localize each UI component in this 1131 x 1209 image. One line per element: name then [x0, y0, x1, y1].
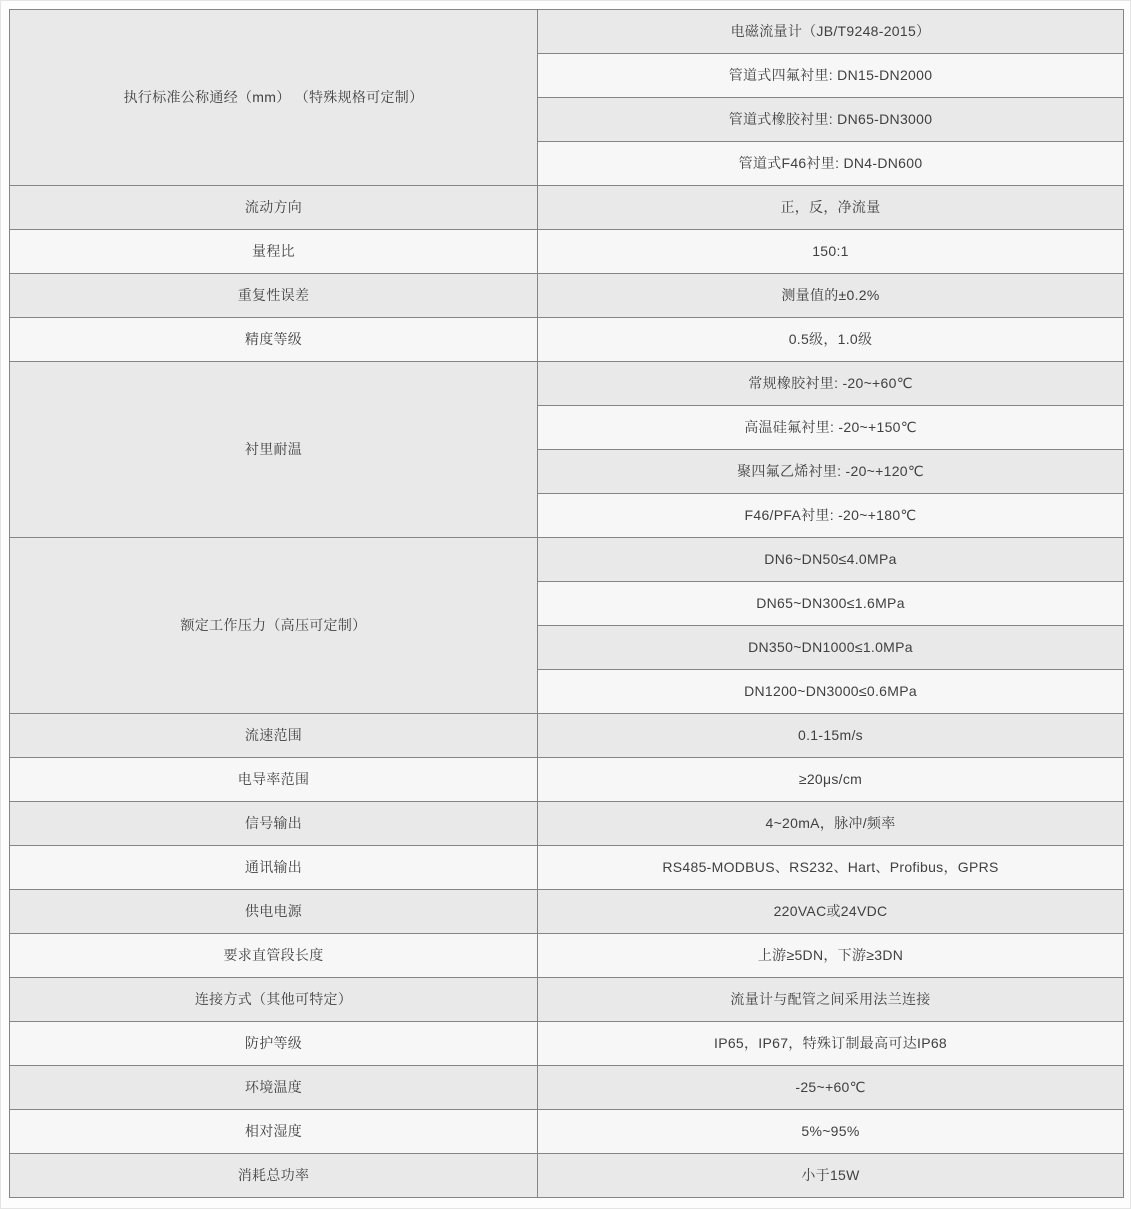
spec-label-liner-temperature: 衬里耐温: [10, 362, 538, 538]
spec-label-turndown-ratio: 量程比: [10, 230, 538, 274]
table-row: 执行标准公称通经（mm） （特殊规格可定制） 电磁流量计（JB/T9248-20…: [10, 10, 1124, 54]
spec-label-connection-type: 连接方式（其他可特定）: [10, 978, 538, 1022]
table-row: 电导率范围 ≥20μs/cm: [10, 758, 1124, 802]
spec-value: 管道式F46衬里: DN4-DN600: [538, 142, 1124, 186]
spec-label-protection-rating: 防护等级: [10, 1022, 538, 1066]
table-row: 精度等级 0.5级，1.0级: [10, 318, 1124, 362]
table-row: 相对湿度 5%~95%: [10, 1110, 1124, 1154]
spec-value: 5%~95%: [538, 1110, 1124, 1154]
spec-value: 高温硅氟衬里: -20~+150℃: [538, 406, 1124, 450]
table-row: 环境温度 -25~+60℃: [10, 1066, 1124, 1110]
spec-label-repeatability: 重复性误差: [10, 274, 538, 318]
spec-value: 管道式橡胶衬里: DN65-DN3000: [538, 98, 1124, 142]
table-row: 连接方式（其他可特定） 流量计与配管之间采用法兰连接: [10, 978, 1124, 1022]
table-row: 防护等级 IP65，IP67，特殊订制最高可达IP68: [10, 1022, 1124, 1066]
spec-value: 流量计与配管之间采用法兰连接: [538, 978, 1124, 1022]
table-row: 衬里耐温 常规橡胶衬里: -20~+60℃: [10, 362, 1124, 406]
spec-value: ≥20μs/cm: [538, 758, 1124, 802]
spec-value: RS485-MODBUS、RS232、Hart、Profibus，GPRS: [538, 846, 1124, 890]
spec-value: 电磁流量计（JB/T9248-2015）: [538, 10, 1124, 54]
spec-value: 常规橡胶衬里: -20~+60℃: [538, 362, 1124, 406]
spec-value: 220VAC或24VDC: [538, 890, 1124, 934]
spec-label-nominal-diameter: 执行标准公称通经（mm） （特殊规格可定制）: [10, 10, 538, 186]
spec-value: 上游≥5DN，下游≥3DN: [538, 934, 1124, 978]
spec-label-ambient-temperature: 环境温度: [10, 1066, 538, 1110]
spec-value: 正，反，净流量: [538, 186, 1124, 230]
spec-value: DN65~DN300≤1.6MPa: [538, 582, 1124, 626]
spec-value: -25~+60℃: [538, 1066, 1124, 1110]
spec-label-rated-pressure: 额定工作压力（高压可定制）: [10, 538, 538, 714]
spec-value: 测量值的±0.2%: [538, 274, 1124, 318]
spec-value: DN6~DN50≤4.0MPa: [538, 538, 1124, 582]
spec-value: 4~20mA，脉冲/频率: [538, 802, 1124, 846]
spec-value: 150:1: [538, 230, 1124, 274]
spec-value: IP65，IP67，特殊订制最高可达IP68: [538, 1022, 1124, 1066]
spec-label-accuracy-class: 精度等级: [10, 318, 538, 362]
spec-value: 聚四氟乙烯衬里: -20~+120℃: [538, 450, 1124, 494]
table-row: 供电电源 220VAC或24VDC: [10, 890, 1124, 934]
table-row: 要求直管段长度 上游≥5DN，下游≥3DN: [10, 934, 1124, 978]
spec-label-conductivity-range: 电导率范围: [10, 758, 538, 802]
spec-label-relative-humidity: 相对湿度: [10, 1110, 538, 1154]
spec-value: DN1200~DN3000≤0.6MPa: [538, 670, 1124, 714]
table-row: 通讯输出 RS485-MODBUS、RS232、Hart、Profibus，GP…: [10, 846, 1124, 890]
table-row: 量程比 150:1: [10, 230, 1124, 274]
spec-value: 0.5级，1.0级: [538, 318, 1124, 362]
table-row: 流速范围 0.1-15m/s: [10, 714, 1124, 758]
spec-value: 管道式四氟衬里: DN15-DN2000: [538, 54, 1124, 98]
spec-label-power-supply: 供电电源: [10, 890, 538, 934]
spec-label-communication-output: 通讯输出: [10, 846, 538, 890]
spec-label-flow-direction: 流动方向: [10, 186, 538, 230]
spec-table: 执行标准公称通经（mm） （特殊规格可定制） 电磁流量计（JB/T9248-20…: [9, 9, 1124, 1198]
spec-label-velocity-range: 流速范围: [10, 714, 538, 758]
table-row: 重复性误差 测量值的±0.2%: [10, 274, 1124, 318]
spec-value: F46/PFA衬里: -20~+180℃: [538, 494, 1124, 538]
spec-label-total-power-consumption: 消耗总功率: [10, 1154, 538, 1198]
table-row: 额定工作压力（高压可定制） DN6~DN50≤4.0MPa: [10, 538, 1124, 582]
spec-value: DN350~DN1000≤1.0MPa: [538, 626, 1124, 670]
table-row: 流动方向 正，反，净流量: [10, 186, 1124, 230]
spec-label-signal-output: 信号输出: [10, 802, 538, 846]
page-container: 执行标准公称通经（mm） （特殊规格可定制） 电磁流量计（JB/T9248-20…: [0, 0, 1131, 1209]
spec-value: 小于15W: [538, 1154, 1124, 1198]
table-row: 消耗总功率 小于15W: [10, 1154, 1124, 1198]
spec-label-straight-pipe-length: 要求直管段长度: [10, 934, 538, 978]
table-row: 信号输出 4~20mA，脉冲/频率: [10, 802, 1124, 846]
spec-value: 0.1-15m/s: [538, 714, 1124, 758]
